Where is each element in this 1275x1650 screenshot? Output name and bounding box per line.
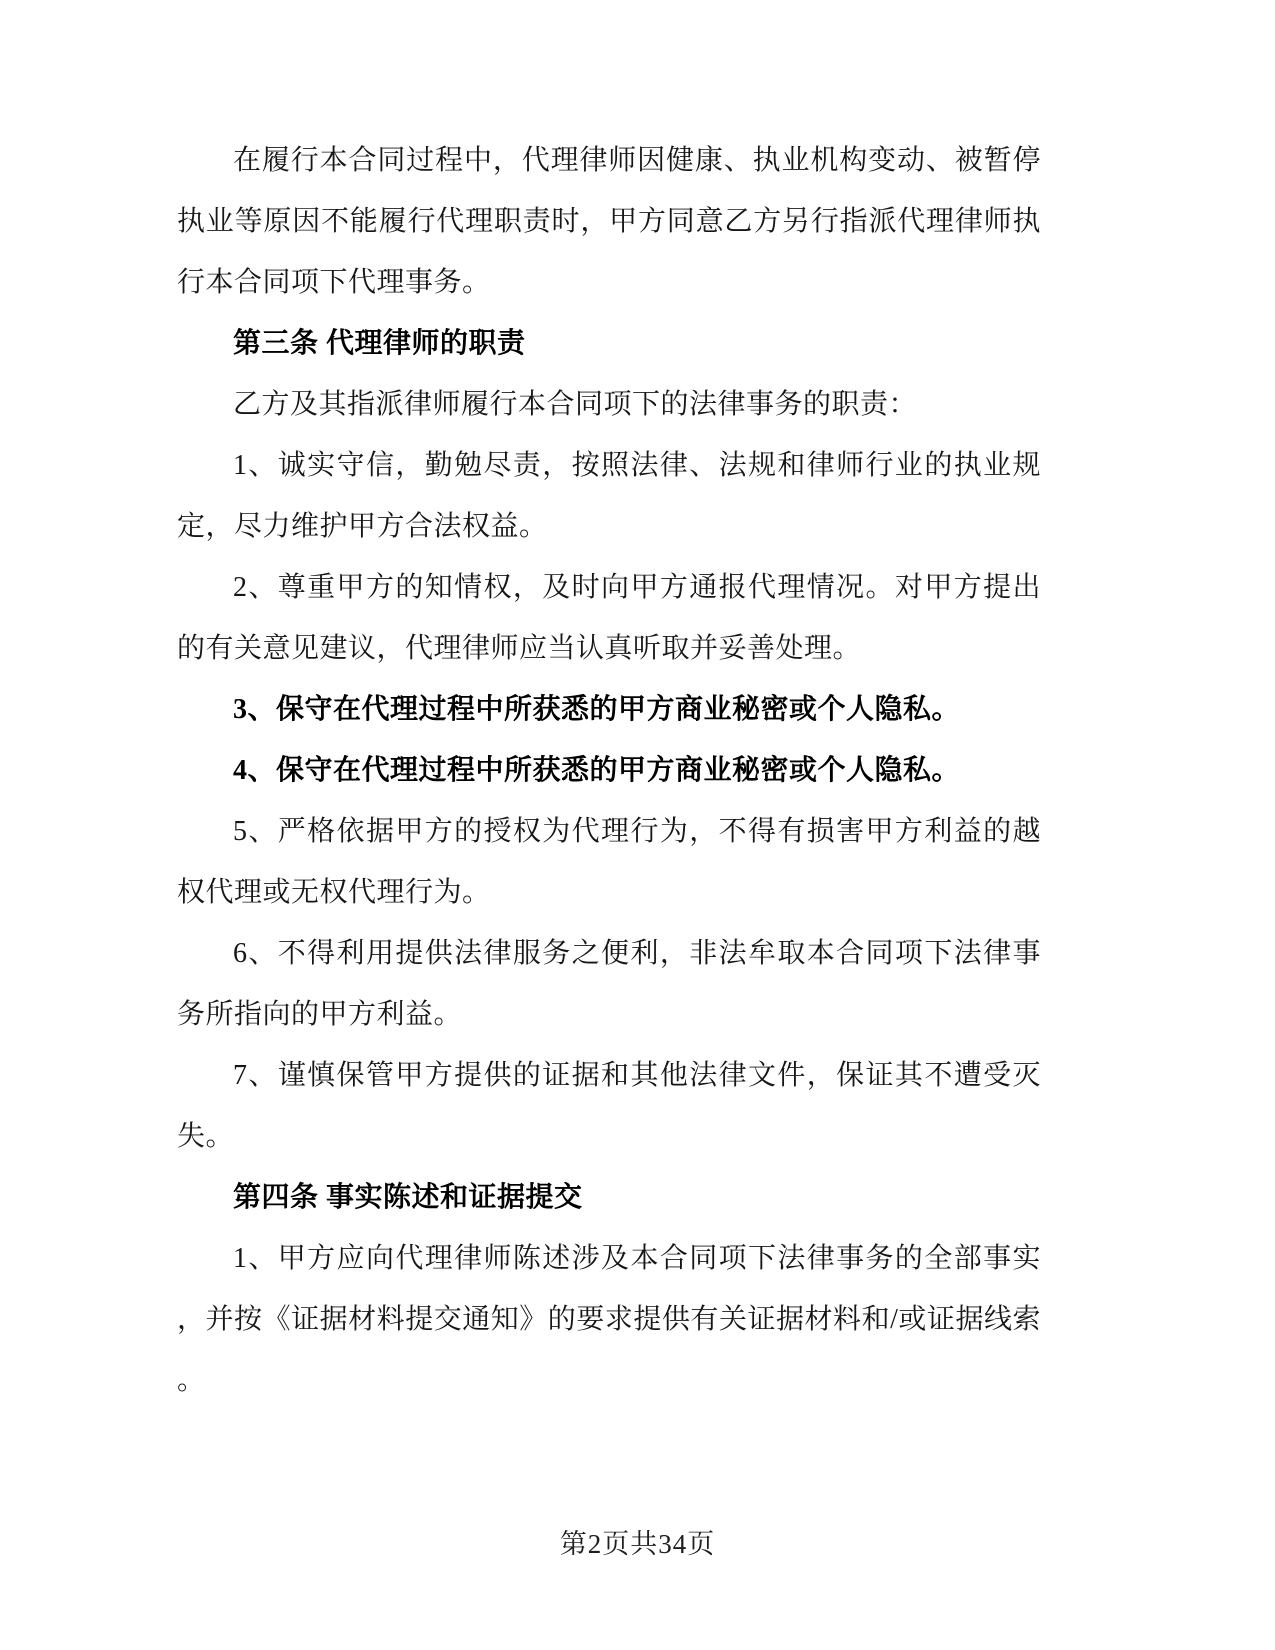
section-heading-article-4: 第四条 事实陈述和证据提交	[177, 1167, 1041, 1228]
paragraph-item-1: 1、诚实守信，勤勉尽责，按照法律、法规和律师行业的执业规定，尽力维护甲方合法权益…	[177, 435, 1041, 557]
section-heading-article-3: 第三条 代理律师的职责	[177, 313, 1041, 374]
paragraph-item-7: 7、谨慎保管甲方提供的证据和其他法律文件，保证其不遭受灭失。	[177, 1045, 1041, 1167]
paragraph-item-4: 4、保守在代理过程中所获悉的甲方商业秘密或个人隐私。	[177, 740, 1041, 801]
paragraph-clause-continuation: 在履行本合同过程中，代理律师因健康、执业机构变动、被暂停执业等原因不能履行代理职…	[177, 130, 1041, 313]
paragraph-item-2: 2、尊重甲方的知情权，及时向甲方通报代理情况。对甲方提出的有关意见建议，代理律师…	[177, 557, 1041, 679]
paragraph-item-5: 5、严格依据甲方的授权为代理行为，不得有损害甲方利益的越权代理或无权代理行为。	[177, 801, 1041, 923]
paragraph-article-3-intro: 乙方及其指派律师履行本合同项下的法律事务的职责：	[177, 374, 1041, 435]
contract-document-page: { "document": { "paragraphs": [ { "style…	[0, 0, 1275, 1650]
paragraph-article-4-item-1: 1、甲方应向代理律师陈述涉及本合同项下法律事务的全部事实，并按《证据材料提交通知…	[177, 1228, 1041, 1411]
paragraph-item-3: 3、保守在代理过程中所获悉的甲方商业秘密或个人隐私。	[177, 679, 1041, 740]
page-number-footer: 第2页共34页	[0, 1522, 1275, 1561]
contract-body: 在履行本合同过程中，代理律师因健康、执业机构变动、被暂停执业等原因不能履行代理职…	[177, 130, 1041, 1411]
paragraph-item-6: 6、不得利用提供法律服务之便利，非法牟取本合同项下法律事务所指向的甲方利益。	[177, 923, 1041, 1045]
